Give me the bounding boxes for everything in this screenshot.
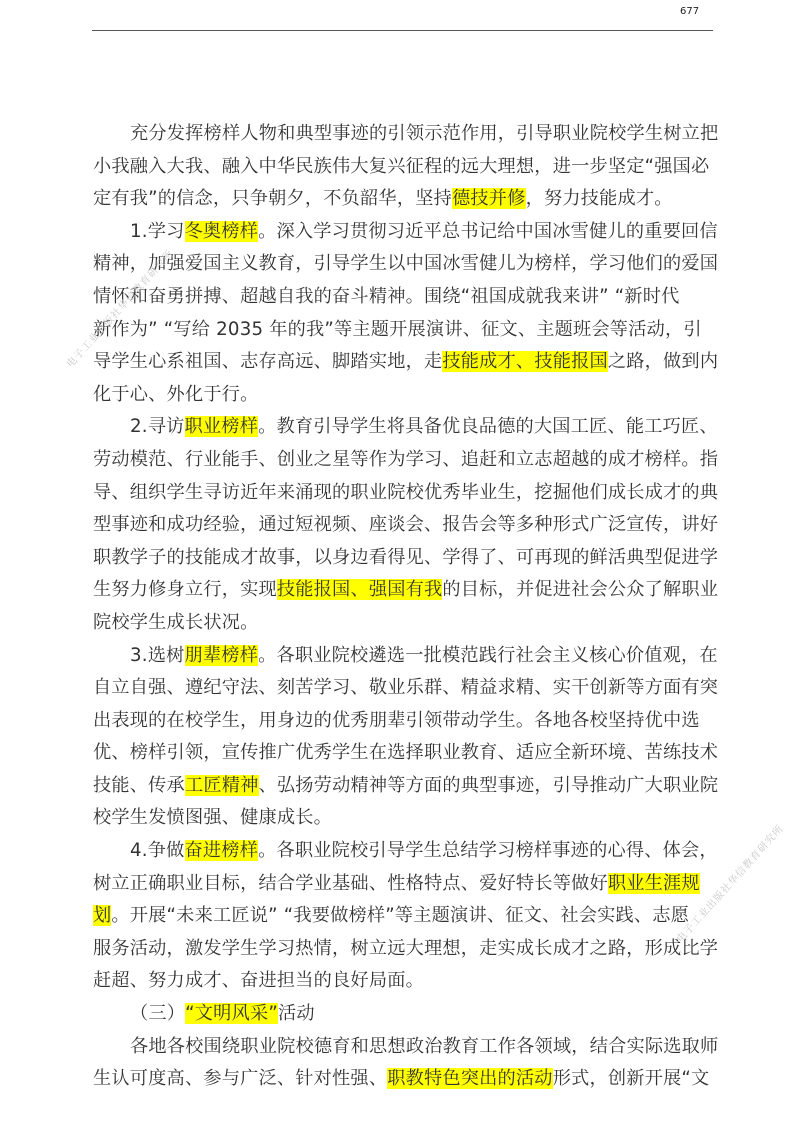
page-number: 677 [680,6,699,17]
text-run: 导、组织学生寻访近年来涌现的职业院校优秀毕业生，挖掘他们成长成才的典 [93,482,718,503]
text-run: 自立自强、遵纪守法、刻苦学习、敬业乐群、精益求精、实干创新等方面有突 [93,677,718,698]
text-run: ，努力技能成才。 [526,188,673,209]
highlighted-text: 朋辈榜样 [185,645,259,666]
highlighted-text: 职业生涯规 [608,873,700,894]
text-run: 之路，做到内 [608,351,718,372]
text-run: 4.争做 [130,840,185,861]
section-heading: （三）“文明风采”活动 [93,998,713,1031]
text-run: 化于心、外化于行。 [93,384,259,405]
text-line: 各地各校围绕职业院校德育和思想政治教育工作各领域，结合实际选取师 [93,1031,713,1064]
text-run: 3.选树 [130,645,185,666]
text-run: 型事迹和成功经验，通过短视频、座谈会、报告会等多种形式广泛宣传，讲好 [93,514,718,535]
text-line: 技能、传承工匠精神、弘扬劳动精神等方面的典型事迹，引导推动广大职业院 [93,770,713,803]
text-line: 1.学习冬奥榜样。深入学习贯彻习近平总书记给中国冰雪健儿的重要回信 [93,216,713,249]
text-run: 精神，加强爱国主义教育，引导学生以中国冰雪健儿为榜样，学习他们的爱国 [93,253,718,274]
text-run: 出表现的在校学生，用身边的优秀朋辈引领带动学生。各地各校坚持优中选 [93,710,700,731]
text-line: 职教学子的技能成才故事，以身边看得见、学得了、可再现的鲜活典型促进学 [93,542,713,575]
text-line: 导、组织学生寻访近年来涌现的职业院校优秀毕业生，挖掘他们成长成才的典 [93,477,713,510]
text-line: 新作为” “写给 2035 年的我”等主题开展演讲、征文、主题班会等活动，引 [93,314,713,347]
paragraph: 3.选树朋辈榜样。各职业院校遴选一批模范践行社会主义核心价值观，在自立自强、遵纪… [93,640,713,836]
text-run: 2.寻访 [130,416,185,437]
text-run: （三） [130,1003,185,1024]
text-line: 出表现的在校学生，用身边的优秀朋辈引领带动学生。各地各校坚持优中选 [93,705,713,738]
text-run: 校学生发愤图强、健康成长。 [93,807,332,828]
text-run: 生认可度高、参与广泛、针对性强、 [93,1068,387,1089]
text-run: 职教学子的技能成才故事，以身边看得见、学得了、可再现的鲜活典型促进学 [93,547,718,568]
text-run: 形式，创新开展“文 [553,1068,710,1089]
text-run: 。深入学习贯彻习近平总书记给中国冰雪健儿的重要回信 [258,221,718,242]
text-run: 小我融入大我、融入中华民族伟大复兴征程的远大理想，进一步坚定“强国必 [93,156,709,177]
text-line: 小我融入大我、融入中华民族伟大复兴征程的远大理想，进一步坚定“强国必 [93,151,713,184]
header-rule [92,30,713,31]
document-body: 充分发挥榜样人物和典型事迹的引领示范作用，引导职业院校学生树立把小我融入大我、融… [93,118,713,1096]
text-run: 新作为” “写给 2035 年的我”等主题开展演讲、征文、主题班会等活动，引 [93,319,702,340]
text-run: 树立正确职业目标，结合学业基础、性格特点、爱好特长等做好 [93,873,608,894]
text-run: 、弘扬劳动精神等方面的典型事迹，引导推动广大职业院 [259,775,719,796]
highlighted-text: 工匠精神 [185,775,259,796]
text-line: 树立正确职业目标，结合学业基础、性格特点、爱好特长等做好职业生涯规 [93,868,713,901]
text-line: 情怀和奋勇拼搏、超越自我的奋斗精神。围绕“祖国成就我来讲” “新时代 [93,281,713,314]
text-line: 4.争做奋进榜样。各职业院校引导学生总结学习榜样事迹的心得、体会， [93,835,713,868]
paragraph: 各地各校围绕职业院校德育和思想政治教育工作各领域，结合实际选取师生认可度高、参与… [93,1031,713,1096]
text-line: 精神，加强爱国主义教育，引导学生以中国冰雪健儿为榜样，学习他们的爱国 [93,248,713,281]
text-run: 的目标，并促进社会公众了解职业 [442,579,718,600]
paragraph: 4.争做奋进榜样。各职业院校引导学生总结学习榜样事迹的心得、体会，树立正确职业目… [93,835,713,998]
text-line: 服务活动，激发学生学习热情，树立远大理想，走实成长成才之路，形成比学 [93,933,713,966]
highlighted-text: 职业榜样 [185,416,259,437]
paragraph: 2.寻访职业榜样。教育引导学生将具备优良品德的大国工匠、能工巧匠、劳动模范、行业… [93,411,713,639]
text-run: 生努力修身立行，实现 [93,579,277,600]
text-run: 。各职业院校引导学生总结学习榜样事迹的心得、体会， [258,840,718,861]
text-line: 化于心、外化于行。 [93,379,713,412]
text-line: 院校学生成长状况。 [93,607,713,640]
text-line: 优、榜样引领，宣传推广优秀学生在选择职业教育、适应全新环境、苦练技术 [93,737,713,770]
text-line: 劳动模范、行业能手、创业之星等作为学习、追赶和立志超越的成才榜样。指 [93,444,713,477]
text-run: 。开展“未来工匠说” “我要做榜样”等主题演讲、征文、社会实践、志愿 [111,905,689,926]
text-line: 导学生心系祖国、志存高远、脚踏实地，走技能成才、技能报国之路，做到内 [93,346,713,379]
highlighted-text: 冬奥榜样 [185,221,259,242]
text-line: 2.寻访职业榜样。教育引导学生将具备优良品德的大国工匠、能工巧匠、 [93,411,713,444]
text-line: 生认可度高、参与广泛、针对性强、职教特色突出的活动形式，创新开展“文 [93,1063,713,1096]
paragraph: 充分发挥榜样人物和典型事迹的引领示范作用，引导职业院校学生树立把小我融入大我、融… [93,118,713,216]
text-run: 。各职业院校遴选一批模范践行社会主义核心价值观，在 [258,645,718,666]
text-run: 技能、传承 [93,775,185,796]
text-line: 校学生发愤图强、健康成长。 [93,802,713,835]
highlighted-text: 划 [93,905,111,926]
text-line: 3.选树朋辈榜样。各职业院校遴选一批模范践行社会主义核心价值观，在 [93,640,713,673]
highlighted-text: 奋进榜样 [185,840,259,861]
highlighted-text: 德技并修 [452,188,526,209]
highlighted-text: 职教特色突出的活动 [387,1068,553,1089]
text-line: 划。开展“未来工匠说” “我要做榜样”等主题演讲、征文、社会实践、志愿 [93,900,713,933]
text-line: 型事迹和成功经验，通过短视频、座谈会、报告会等多种形式广泛宣传，讲好 [93,509,713,542]
text-run: 各地各校围绕职业院校德育和思想政治教育工作各领域，结合实际选取师 [130,1036,718,1057]
text-line: （三）“文明风采”活动 [93,998,713,1031]
text-run: 赶超、努力成才、奋进担当的良好局面。 [93,970,424,991]
text-run: 。教育引导学生将具备优良品德的大国工匠、能工巧匠、 [258,416,718,437]
highlighted-text: 技能成才、技能报国 [442,351,608,372]
text-line: 赶超、努力成才、奋进担当的良好局面。 [93,965,713,998]
text-run: 充分发挥榜样人物和典型事迹的引领示范作用，引导职业院校学生树立把 [130,123,718,144]
paragraph: 1.学习冬奥榜样。深入学习贯彻习近平总书记给中国冰雪健儿的重要回信精神，加强爱国… [93,216,713,412]
highlighted-text: 技能报国、强国有我 [277,579,443,600]
text-line: 生努力修身立行，实现技能报国、强国有我的目标，并促进社会公众了解职业 [93,574,713,607]
text-run: 劳动模范、行业能手、创业之星等作为学习、追赶和立志超越的成才榜样。指 [93,449,718,470]
text-line: 定有我”的信念，只争朝夕，不负韶华，坚持德技并修，努力技能成才。 [93,183,713,216]
text-run: 活动 [278,1003,315,1024]
text-run: 优、榜样引领，宣传推广优秀学生在选择职业教育、适应全新环境、苦练技术 [93,742,718,763]
text-run: 服务活动，激发学生学习热情，树立远大理想，走实成长成才之路，形成比学 [93,938,718,959]
text-run: 情怀和奋勇拼搏、超越自我的奋斗精神。围绕“祖国成就我来讲” “新时代 [93,286,679,307]
text-line: 自立自强、遵纪守法、刻苦学习、敬业乐群、精益求精、实干创新等方面有突 [93,672,713,705]
text-run: 院校学生成长状况。 [93,612,259,633]
highlighted-text: “文明风采” [185,1003,278,1024]
text-run: 1.学习 [130,221,185,242]
text-line: 充分发挥榜样人物和典型事迹的引领示范作用，引导职业院校学生树立把 [93,118,713,151]
text-run: 定有我”的信念，只争朝夕，不负韶华，坚持 [93,188,452,209]
text-run: 导学生心系祖国、志存高远、脚踏实地，走 [93,351,442,372]
